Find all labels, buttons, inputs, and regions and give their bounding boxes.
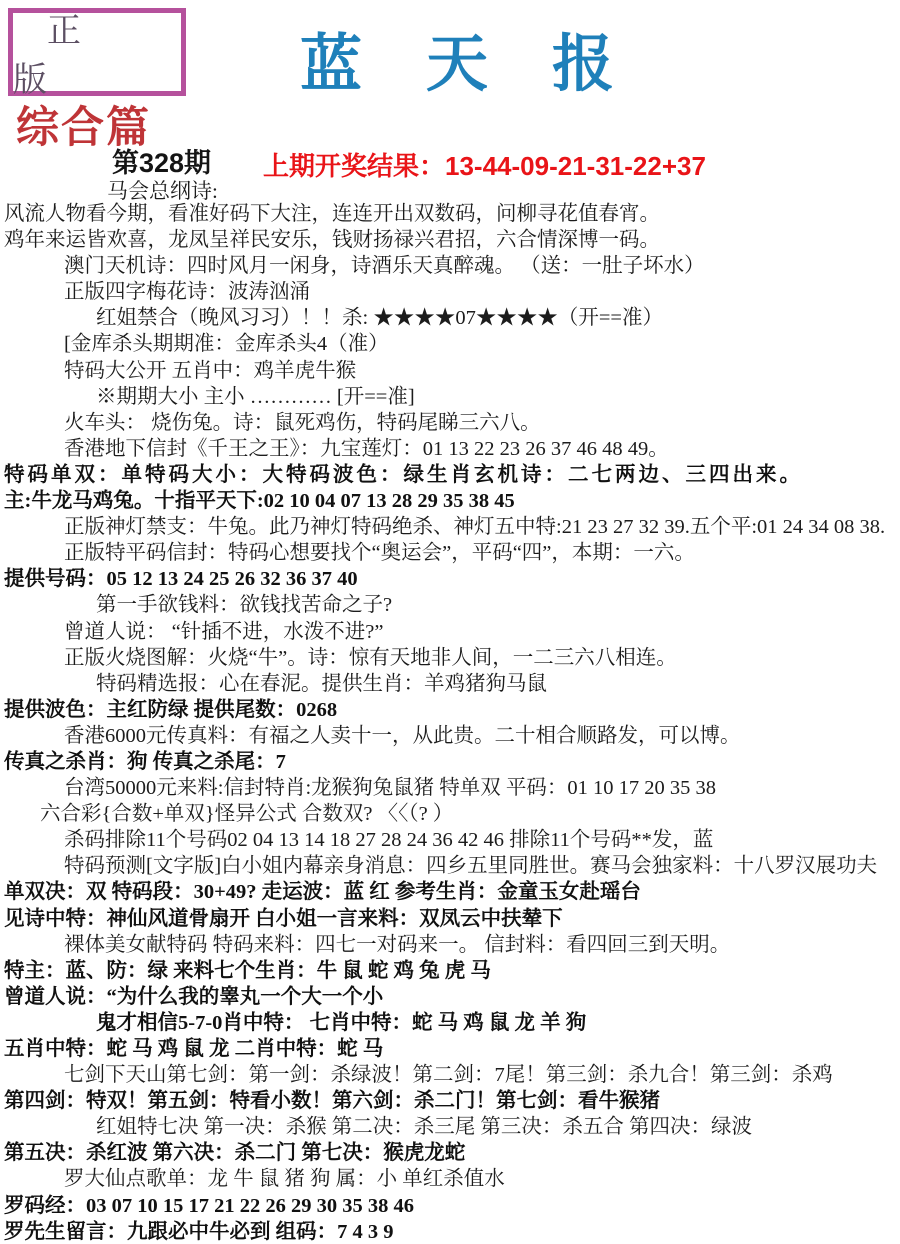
text-line: 罗大仙点歌单：龙 牛 鼠 猪 狗 属：小 单红杀值水 <box>0 1166 900 1192</box>
text-line: 罗码经：03 07 10 15 17 21 22 26 29 30 35 38 … <box>0 1193 900 1219</box>
text-line: 正版神灯禁支：牛兔。此乃神灯特码绝杀、神灯五中特:21 23 27 32 39.… <box>0 514 900 540</box>
text-line: 特码单双：单特码大小：大特码波色：绿生肖玄机诗：二七两边、三四出来。 <box>0 462 900 488</box>
text-line: 第五决：杀红波 第六决：杀二门 第七决：猴虎龙蛇 <box>0 1140 900 1166</box>
text-line: 第一手欲钱料：欲钱找苦命之子? <box>0 592 900 618</box>
last-draw-result: 上期开奖结果：13-44-09-21-31-22+37 <box>263 146 706 183</box>
text-line: 第四剑：特双！第五剑：特看小数！第六剑：杀二门！第七剑：看牛猴猪 <box>0 1088 900 1114</box>
text-line: 特码大公开 五肖中：鸡羊虎牛猴 <box>0 358 900 384</box>
text-line: 鸡年来运皆欢喜，龙凤呈祥民安乐，钱财扬禄兴君招，六合情深博一码。 <box>0 227 900 253</box>
text-line: 罗先生留言：九跟必中牛必到 组码：7 4 3 9 <box>0 1219 900 1244</box>
text-line: 传真之杀肖：狗 传真之杀尾：7 <box>0 749 900 775</box>
last-draw-result-label: 上期开奖结果： <box>263 151 445 181</box>
newspaper-page: 正版 蓝天报 综合篇 第328期 上期开奖结果：13-44-09-21-31-2… <box>0 0 900 1244</box>
text-line: 见诗中特：神仙风道骨扇开 白小姐一言来料：双凤云中扶辇下 <box>0 906 900 932</box>
page-title: 蓝天报 <box>300 14 678 103</box>
text-line: 香港地下信封《千王之王》：九宝莲灯：01 13 22 23 26 37 46 4… <box>0 436 900 462</box>
text-line: 红姐特七决 第一决：杀猴 第二决：杀三尾 第三决：杀五合 第四决：绿波 <box>0 1114 900 1140</box>
text-line: 曾道人说：“为什么我的睾丸一个大一个小 <box>0 984 900 1010</box>
text-line: 提供号码：05 12 13 24 25 26 32 36 37 40 <box>0 566 900 592</box>
text-line: 正版四字梅花诗：波涛汹涌 <box>0 279 900 305</box>
last-draw-result-numbers: 13-44-09-21-31-22+37 <box>445 151 706 181</box>
text-line: 提供波色：主红防绿 提供尾数：0268 <box>0 697 900 723</box>
text-line: 红姐禁合（晚风习习）！！杀: ★★★★07★★★★（开==准） <box>0 305 900 331</box>
text-line: 风流人物看今期，看准好码下大注，连连开出双数码，问柳寻花值春宵。 <box>0 201 900 227</box>
text-line: [金库杀头期期准：金库杀头4（准） <box>0 331 900 357</box>
text-line: 曾道人说： “针插不进，水泼不进?” <box>0 619 900 645</box>
text-line: 鬼才相信5-7-0肖中特： 七肖中特：蛇 马 鸡 鼠 龙 羊 狗 <box>0 1010 900 1036</box>
text-line: 六合彩{合数+单双}怪异公式 合数双? 〈〈（? ） <box>0 801 900 827</box>
authentic-stamp-label: 正版 <box>13 3 181 101</box>
text-line: 杀码排除11个号码02 04 13 14 18 27 28 24 36 42 4… <box>0 827 900 853</box>
text-line: 七剑下天山第七剑：第一剑：杀绿波！第二剑：7尾！第三剑：杀九合！第三剑：杀鸡 <box>0 1062 900 1088</box>
text-line: 正版火烧图解：火烧“牛”。诗：惊有天地非人间，一二三六八相连。 <box>0 645 900 671</box>
authentic-stamp: 正版 <box>8 8 186 96</box>
text-line: 台湾50000元来料:信封特肖:龙猴狗兔鼠猪 特单双 平码：01 10 17 2… <box>0 775 900 801</box>
text-line: 裸体美女献特码 特码来料：四七一对码来一。 信封料：看四回三到天明。 <box>0 932 900 958</box>
text-line: 火车头： 烧伤兔。诗：鼠死鸡伤，特码尾睇三六八。 <box>0 410 900 436</box>
text-line: 主:牛龙马鸡兔。十指平天下:02 10 04 07 13 28 29 35 38… <box>0 488 900 514</box>
text-line: 香港6000元传真料：有福之人卖十一，从此贵。二十相合顺路发，可以博。 <box>0 723 900 749</box>
text-line: ※期期大小 主小 ………… [开==准] <box>0 384 900 410</box>
text-line: 特码预测[文字版]白小姐内幕亲身消息：四乡五里同胜世。赛马会独家料：十八罗汉展功… <box>0 853 900 879</box>
text-line: 单双决：双 特码段：30+49? 走运波：蓝 红 参考生肖：金童玉女赴瑶台 <box>0 879 900 905</box>
text-line: 正版特平码信封：特码心想要找个“奥运会”，平码“四”，本期：一六。 <box>0 540 900 566</box>
text-line: 特码精选报：心在春泥。提供生肖：羊鸡猪狗马鼠 <box>0 671 900 697</box>
text-line: 五肖中特：蛇 马 鸡 鼠 龙 二肖中特：蛇 马 <box>0 1036 900 1062</box>
body-text: 风流人物看今期，看准好码下大注，连连开出双数码，问柳寻花值春宵。鸡年来运皆欢喜，… <box>0 201 900 1244</box>
text-line: 澳门天机诗：四时风月一闲身，诗酒乐天真醉魂。 （送：一肚子坏水） <box>0 253 900 279</box>
text-line: 特主：蓝、防：绿 来料七个生肖：牛 鼠 蛇 鸡 兔 虎 马 <box>0 958 900 984</box>
